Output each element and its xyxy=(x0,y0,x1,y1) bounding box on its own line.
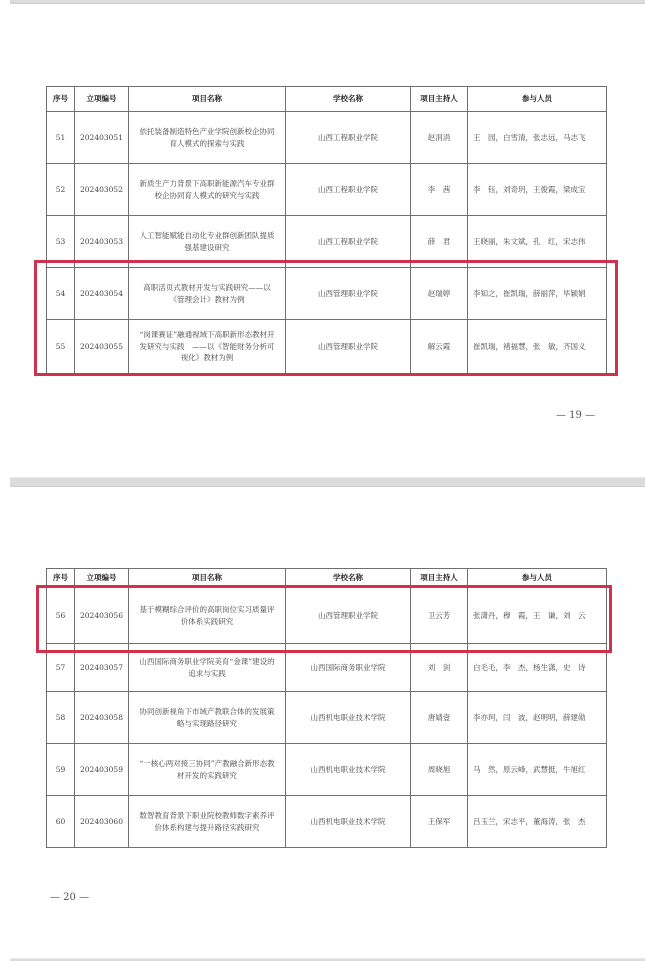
row-project: 人工智能赋能自动化专业群创新团队提质强基建设研究 xyxy=(129,216,286,268)
row-leader: 周晓旭 xyxy=(411,744,468,796)
row-code: 202403052 xyxy=(75,164,129,216)
row-project: 依托装备制造特色产业学院创新校企协同育人模式的探索与实践 xyxy=(129,112,286,164)
col-header-code: 立项编号 xyxy=(75,87,129,112)
row-members: 李 钰，刘奇玥，王俊霞，梁成宝 xyxy=(468,164,607,216)
table-header-row: 序号 立项编号 项目名称 学校名称 项目主持人 参与人员 xyxy=(47,87,607,112)
col-header-members: 参与人员 xyxy=(468,569,607,588)
col-header-project: 项目名称 xyxy=(129,569,286,588)
row-members: 崔凯瑞，褚福慧，张 敏，齐国义 xyxy=(468,320,607,374)
row-school: 山西工程职业学院 xyxy=(286,112,411,164)
row-code: 202403059 xyxy=(75,744,129,796)
row-project: 高职活页式教材开发与实践研究——以《管理会计》教材为例 xyxy=(129,268,286,320)
col-header-code: 立项编号 xyxy=(75,569,129,588)
row-school: 山西机电职业技术学院 xyxy=(286,796,411,848)
table-row-highlighted: 54 202403054 高职活页式教材开发与实践研究——以《管理会计》教材为例… xyxy=(47,268,607,320)
col-header-leader: 项目主持人 xyxy=(411,87,468,112)
row-no: 53 xyxy=(47,216,75,268)
row-no: 52 xyxy=(47,164,75,216)
row-members: 李知之，崔凯瑞，薛丽萍，毕颖娟 xyxy=(468,268,607,320)
row-leader: 王保军 xyxy=(411,796,468,848)
row-school: 山西机电职业技术学院 xyxy=(286,744,411,796)
row-leader: 卫云芳 xyxy=(411,588,468,644)
col-header-members: 参与人员 xyxy=(468,87,607,112)
row-code: 202403053 xyxy=(75,216,129,268)
row-code: 202403055 xyxy=(75,320,129,374)
row-project: 基于模糊综合评价的高职岗位实习质量评价体系实践研究 xyxy=(129,588,286,644)
col-header-school: 学校名称 xyxy=(286,87,411,112)
row-members: 李亦珂，闫 波，赵明明，薛建勋 xyxy=(468,692,607,744)
page-separator xyxy=(10,477,645,487)
row-no: 51 xyxy=(47,112,75,164)
row-code: 202403060 xyxy=(75,796,129,848)
page-number: — 19 — xyxy=(556,410,595,421)
row-project: 山西国际商务职业学院美育“金课”建设的追求与实践 xyxy=(129,644,286,692)
row-code: 202403058 xyxy=(75,692,129,744)
row-no: 60 xyxy=(47,796,75,848)
table-row-highlighted: 55 202403055 “岗课赛证”融通视域下高职新形态教材开发研究与实践 —… xyxy=(47,320,607,374)
row-school: 山西管理职业学院 xyxy=(286,588,411,644)
row-project: 数智教育背景下职业院校教师数字素养评价体系构建与提升路径实践研究 xyxy=(129,796,286,848)
row-school: 山西国际商务职业学院 xyxy=(286,644,411,692)
row-members: 吕玉兰，宋志平，董海涛，张 杰 xyxy=(468,796,607,848)
row-school: 山西工程职业学院 xyxy=(286,164,411,216)
project-table-page-19: 序号 立项编号 项目名称 学校名称 项目主持人 参与人员 51 20240305… xyxy=(46,86,607,374)
table-row: 52 202403052 新质生产力背景下高职新能源汽车专业群校企协同育人模式的… xyxy=(47,164,607,216)
row-school: 山西管理职业学院 xyxy=(286,268,411,320)
page-number: — 20 — xyxy=(50,892,89,903)
row-school: 山西机电职业技术学院 xyxy=(286,692,411,744)
row-project: 新质生产力背景下高职新能源汽车专业群校企协同育人模式的研究与实践 xyxy=(129,164,286,216)
table-row: 59 202403059 “一核心两对接三协同”产教融合新形态教材开发的实践研究… xyxy=(47,744,607,796)
page-separator-top xyxy=(10,0,645,4)
table-row: 53 202403053 人工智能赋能自动化专业群创新团队提质强基建设研究 山西… xyxy=(47,216,607,268)
row-leader: 赵瑞婷 xyxy=(411,268,468,320)
row-leader: 刘 剑 xyxy=(411,644,468,692)
row-leader: 解云霞 xyxy=(411,320,468,374)
project-table-page-20: 序号 立项编号 项目名称 学校名称 项目主持人 参与人员 56 20240305… xyxy=(46,568,607,848)
row-no: 57 xyxy=(47,644,75,692)
table-row: 60 202403060 数智教育背景下职业院校教师数字素养评价体系构建与提升路… xyxy=(47,796,607,848)
table-header-row: 序号 立项编号 项目名称 学校名称 项目主持人 参与人员 xyxy=(47,569,607,588)
row-members: 马 然，原云峰，武慧挺，牛旭红 xyxy=(468,744,607,796)
row-code: 202403054 xyxy=(75,268,129,320)
col-header-leader: 项目主持人 xyxy=(411,569,468,588)
table-row: 58 202403058 协同创新视角下市域产教联合体的发展策略与实现路径研究 … xyxy=(47,692,607,744)
row-code: 202403056 xyxy=(75,588,129,644)
row-no: 58 xyxy=(47,692,75,744)
row-no: 56 xyxy=(47,588,75,644)
col-header-no: 序号 xyxy=(47,87,75,112)
row-project: “岗课赛证”融通视域下高职新形态教材开发研究与实践 ——以《智能财务分析可视化》… xyxy=(129,320,286,374)
table-row-highlighted: 56 202403056 基于模糊综合评价的高职岗位实习质量评价体系实践研究 山… xyxy=(47,588,607,644)
col-header-project: 项目名称 xyxy=(129,87,286,112)
row-project: 协同创新视角下市域产教联合体的发展策略与实现路径研究 xyxy=(129,692,286,744)
row-members: 张潇丹，穆 霞，王 谦，刘 云 xyxy=(468,588,607,644)
row-school: 山西工程职业学院 xyxy=(286,216,411,268)
row-leader: 薛 君 xyxy=(411,216,468,268)
row-code: 202403051 xyxy=(75,112,129,164)
row-code: 202403057 xyxy=(75,644,129,692)
row-project: “一核心两对接三协同”产教融合新形态教材开发的实践研究 xyxy=(129,744,286,796)
row-no: 54 xyxy=(47,268,75,320)
table-row: 57 202403057 山西国际商务职业学院美育“金课”建设的追求与实践 山西… xyxy=(47,644,607,692)
row-no: 55 xyxy=(47,320,75,374)
col-header-school: 学校名称 xyxy=(286,569,411,588)
row-leader: 唐婧壹 xyxy=(411,692,468,744)
col-header-no: 序号 xyxy=(47,569,75,588)
table-row: 51 202403051 依托装备制造特色产业学院创新校企协同育人模式的探索与实… xyxy=(47,112,607,164)
row-no: 59 xyxy=(47,744,75,796)
row-members: 白毛毛，李 杰，杨生潇，史 诗 xyxy=(468,644,607,692)
row-leader: 李 茜 xyxy=(411,164,468,216)
row-school: 山西管理职业学院 xyxy=(286,320,411,374)
row-members: 王晓丽，朱文斌，孔 红，宋志伟 xyxy=(468,216,607,268)
row-members: 王 园，白雪清，张志远，马志飞 xyxy=(468,112,607,164)
row-leader: 赵涓涓 xyxy=(411,112,468,164)
